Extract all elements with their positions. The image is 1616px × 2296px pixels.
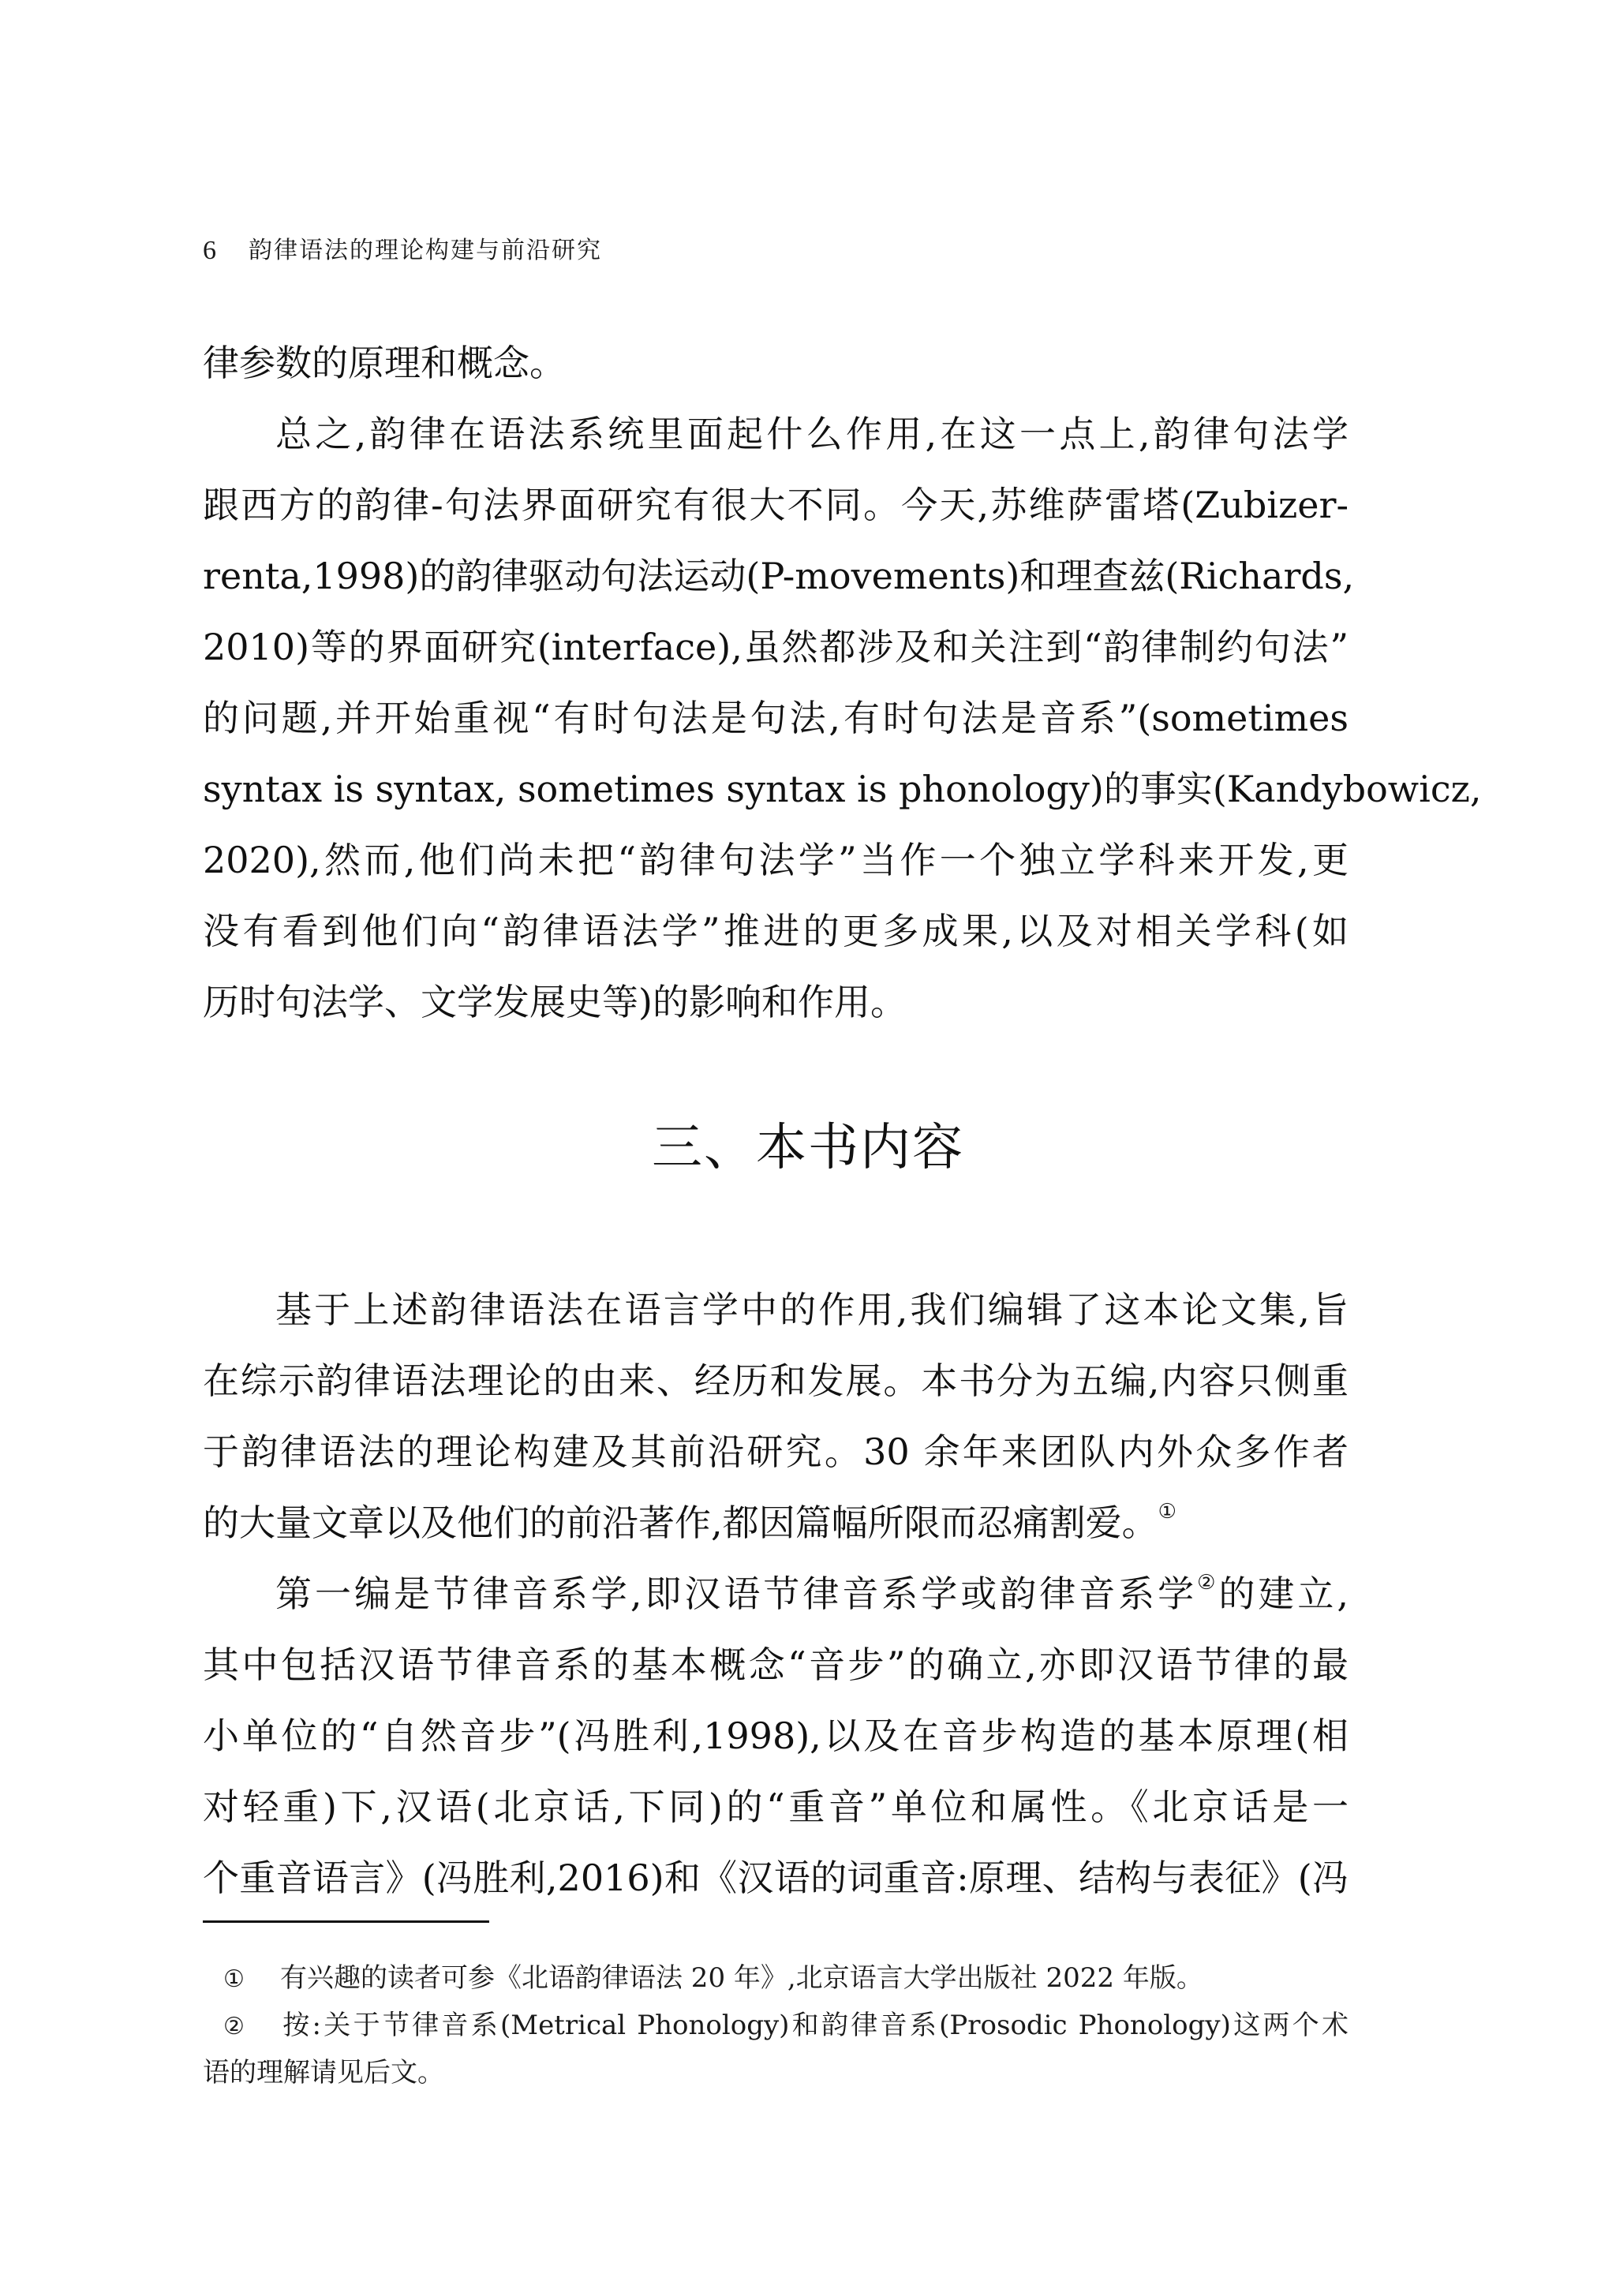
text-line: 个重音语言》(冯胜利,2016)和《汉语的词重音:原理、结构与表征》(冯 — [203, 1842, 1349, 1913]
text-line: 的问题,并开始重视“有时句法是句法,有时句法是音系”(sometimes — [203, 682, 1349, 753]
text-line: 历时句法学、文学发展史等)的影响和作用。 — [203, 967, 1349, 1038]
footnote-ref-1[interactable]: ① — [1158, 1500, 1176, 1524]
footnote-divider — [203, 1920, 489, 1923]
footnote-1: ①有兴趣的读者可参《北语韵律语法 20 年》,北京语言大学出版社 2022 年版… — [203, 1955, 1349, 2002]
text-segment: 的建立, — [1218, 1572, 1349, 1615]
footnote-text: 有兴趣的读者可参《北语韵律语法 20 年》,北京语言大学出版社 2022 年版。 — [280, 1962, 1203, 1994]
text-segment: 的大量文章以及他们的前沿著作,都因篇幅所限而忍痛割爱。 — [203, 1501, 1158, 1544]
text-line: 没有看到他们向“韵律语法学”推进的更多成果,以及对相关学科(如 — [203, 896, 1349, 967]
text-line: 对轻重)下,汉语(北京话,下同)的“重音”单位和属性。《北京话是一 — [203, 1771, 1349, 1842]
footnote-marker: ① — [203, 1957, 280, 2002]
text-line: 于韵律语法的理论构建及其前沿研究。30 余年来团队内外众多作者 — [203, 1416, 1349, 1487]
body-text-continued: 律参数的原理和概念。 总之,韵律在语法系统里面起什么作用,在这一点上,韵律句法学… — [203, 327, 1349, 1038]
text-line: 其中包括汉语节律音系的基本概念“音步”的确立,亦即汉语节律的最 — [203, 1629, 1349, 1700]
text-line: 第一编是节律音系学,即汉语节律音系学或韵律音系学②的建立, — [203, 1558, 1349, 1629]
footnote-2: ②按:关于节律音系(Metrical Phonology)和韵律音系(Proso… — [203, 2002, 1349, 2050]
book-title: 韵律语法的理论构建与前沿研究 — [249, 234, 602, 268]
text-line: 2020),然而,他们尚未把“韵律句法学”当作一个独立学科来开发,更 — [203, 825, 1349, 896]
text-line: 小单位的“自然音步”(冯胜利,1998),以及在音步构造的基本原理(相 — [203, 1700, 1349, 1771]
text-line: 的大量文章以及他们的前沿著作,都因篇幅所限而忍痛割爱。① — [203, 1487, 1349, 1558]
text-line: renta,1998)的韵律驱动句法运动(P-movements)和理查兹(Ri… — [203, 540, 1349, 611]
text-segment: 第一编是节律音系学,即汉语节律音系学或韵律音系学 — [275, 1572, 1197, 1615]
running-header: 6 韵律语法的理论构建与前沿研究 — [203, 234, 602, 268]
text-line: 基于上述韵律语法在语言学中的作用,我们编辑了这本论文集,旨 — [203, 1274, 1349, 1345]
footnote-text: 按:关于节律音系(Metrical Phonology)和韵律音系(Prosod… — [280, 2010, 1349, 2041]
text-line: 在综示韵律语法理论的由来、经历和发展。本书分为五编,内容只侧重 — [203, 1345, 1349, 1416]
page-number: 6 — [203, 234, 249, 268]
text-line: 2010)等的界面研究(interface),虽然都涉及和关注到“韵律制约句法” — [203, 611, 1349, 682]
text-line: 跟西方的韵律-句法界面研究有很大不同。今天,苏维萨雷塔(Zubizer- — [203, 469, 1349, 540]
text-line: syntax is syntax, sometimes syntax is ph… — [203, 753, 1349, 825]
body-text-section: 基于上述韵律语法在语言学中的作用,我们编辑了这本论文集,旨 在综示韵律语法理论的… — [203, 1274, 1349, 1913]
footnotes: ①有兴趣的读者可参《北语韵律语法 20 年》,北京语言大学出版社 2022 年版… — [203, 1955, 1349, 2096]
footnote-marker: ② — [203, 2004, 280, 2050]
footnote-2-continuation: 语的理解请见后文。 — [203, 2050, 1349, 2096]
footnote-ref-2[interactable]: ② — [1197, 1571, 1218, 1595]
text-line: 律参数的原理和概念。 — [203, 327, 1349, 398]
text-line: 总之,韵律在语法系统里面起什么作用,在这一点上,韵律句法学 — [203, 398, 1349, 469]
section-heading: 三、本书内容 — [0, 1112, 1616, 1184]
